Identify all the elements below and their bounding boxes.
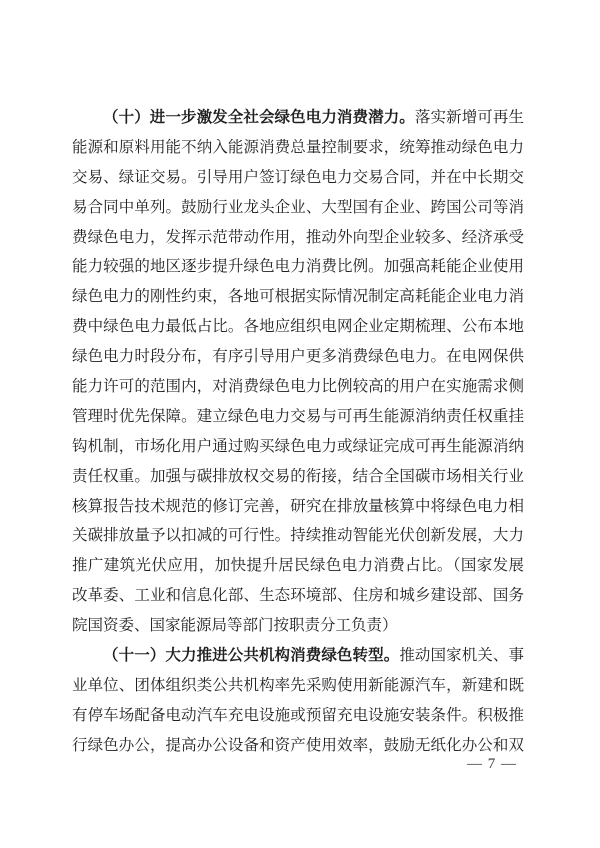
responsibility-attribution-text: （国家发展	[453, 556, 524, 574]
document-line: 责任权重。加强与碳排放权交易的衔接，结合全国碳市场相关行业	[72, 462, 524, 492]
body-text: 责任权重。加强与碳排放权交易的衔接，结合全国碳市场相关行业	[72, 468, 524, 485]
document-line: 推广建筑光伏应用，加快提升居民绿色电力消费占比。（国家发展	[72, 551, 524, 581]
body-text: 费绿色电力，发挥示范带动作用，推动外向型企业较多、经济承受	[72, 229, 524, 246]
document-line: 交易、绿证交易。引导用户签订绿色电力交易合同，并在中长期交	[72, 163, 524, 193]
body-text: 能力许可的范围内，对消费绿色电力比例较高的用户在实施需求侧	[72, 378, 524, 395]
document-line: 业单位、团体组织类公共机构率先采购使用新能源汽车，新建和既	[72, 671, 524, 701]
body-text: 易合同中单列。鼓励行业龙头企业、大型国有企业、跨国公司等消	[72, 199, 524, 216]
body-text: 推广建筑光伏应用，加快提升居民绿色电力消费占比。	[72, 557, 453, 574]
document-line: 能力较强的地区逐步提升绿色电力消费比例。加强高耗能企业使用	[72, 252, 524, 282]
body-text: 交易、绿证交易。引导用户签订绿色电力交易合同，并在中长期交	[72, 169, 524, 186]
document-line: 绿色电力时段分布，有序引导用户更多消费绿色电力。在电网保供	[72, 342, 524, 372]
document-line: 改革委、工业和信息化部、生态环境部、住房和城乡建设部、国务	[72, 581, 524, 611]
body-text: 绿色电力时段分布，有序引导用户更多消费绿色电力。在电网保供	[72, 348, 524, 365]
document-line: （十）进一步激发全社会绿色电力消费潜力。落实新增可再生	[72, 103, 524, 133]
responsibility-attribution-text: 改革委、工业和信息化部、生态环境部、住房和城乡建设部、国务	[72, 586, 524, 604]
body-text: 绿色电力的刚性约束，各地可根据实际情况制定高耗能企业电力消	[72, 288, 524, 305]
document-line: 能力许可的范围内，对消费绿色电力比例较高的用户在实施需求侧	[72, 372, 524, 402]
section-heading-text: （十）进一步激发全社会绿色电力消费潜力。	[103, 109, 415, 126]
document-page: （十）进一步激发全社会绿色电力消费潜力。落实新增可再生能源和原料用能不纳入能源消…	[0, 0, 600, 848]
document-line: 有停车场配备电动汽车充电设施或预留充电设施安装条件。积极推	[72, 701, 524, 731]
document-line: 易合同中单列。鼓励行业龙头企业、大型国有企业、跨国公司等消	[72, 193, 524, 223]
document-line: 院国资委、国家能源局等部门按职责分工负责）	[72, 611, 524, 641]
responsibility-attribution-text: 院国资委、国家能源局等部门按职责分工负责）	[72, 616, 398, 634]
document-line: 核算报告技术规范的修订完善，研究在排放量核算中将绿色电力相	[72, 492, 524, 522]
body-text: 行绿色办公，提高办公设备和资产使用效率，鼓励无纸化办公和双	[72, 737, 524, 754]
body-text: 关碳排放量予以扣减的可行性。持续推动智能光伏创新发展，大力	[72, 527, 524, 544]
document-line: 钩机制，市场化用户通过购买绿色电力或绿证完成可再生能源消纳	[72, 432, 524, 462]
body-text: 有停车场配备电动汽车充电设施或预留充电设施安装条件。积极推	[72, 707, 524, 724]
body-text: 业单位、团体组织类公共机构率先采购使用新能源汽车，新建和既	[72, 677, 524, 694]
document-line: 费中绿色电力最低占比。各地应组织电网企业定期梳理、公布本地	[72, 312, 524, 342]
document-line: 费绿色电力，发挥示范带动作用，推动外向型企业较多、经济承受	[72, 223, 524, 253]
document-line: 关碳排放量予以扣减的可行性。持续推动智能光伏创新发展，大力	[72, 521, 524, 551]
document-text-block: （十）进一步激发全社会绿色电力消费潜力。落实新增可再生能源和原料用能不纳入能源消…	[72, 103, 524, 761]
section-heading-text: （十一）大力推进公共机构消费绿色转型。	[103, 647, 399, 664]
document-line: 管理时优先保障。建立绿色电力交易与可再生能源消纳责任权重挂	[72, 402, 524, 432]
body-text: 钩机制，市场化用户通过购买绿色电力或绿证完成可再生能源消纳	[72, 438, 524, 455]
body-text: 推动国家机关、事	[399, 647, 524, 664]
body-text: 能源和原料用能不纳入能源消费总量控制要求，统筹推动绿色电力	[72, 139, 524, 156]
page-number: — 7 —	[432, 755, 552, 773]
document-line: 能源和原料用能不纳入能源消费总量控制要求，统筹推动绿色电力	[72, 133, 524, 163]
body-text: 核算报告技术规范的修订完善，研究在排放量核算中将绿色电力相	[72, 498, 524, 515]
body-text: 能力较强的地区逐步提升绿色电力消费比例。加强高耗能企业使用	[72, 258, 524, 275]
body-text: 费中绿色电力最低占比。各地应组织电网企业定期梳理、公布本地	[72, 318, 524, 335]
body-text: 落实新增可再生	[415, 109, 524, 126]
body-text: 管理时优先保障。建立绿色电力交易与可再生能源消纳责任权重挂	[72, 408, 524, 425]
document-line: （十一）大力推进公共机构消费绿色转型。推动国家机关、事	[72, 641, 524, 671]
document-line: 绿色电力的刚性约束，各地可根据实际情况制定高耗能企业电力消	[72, 282, 524, 312]
